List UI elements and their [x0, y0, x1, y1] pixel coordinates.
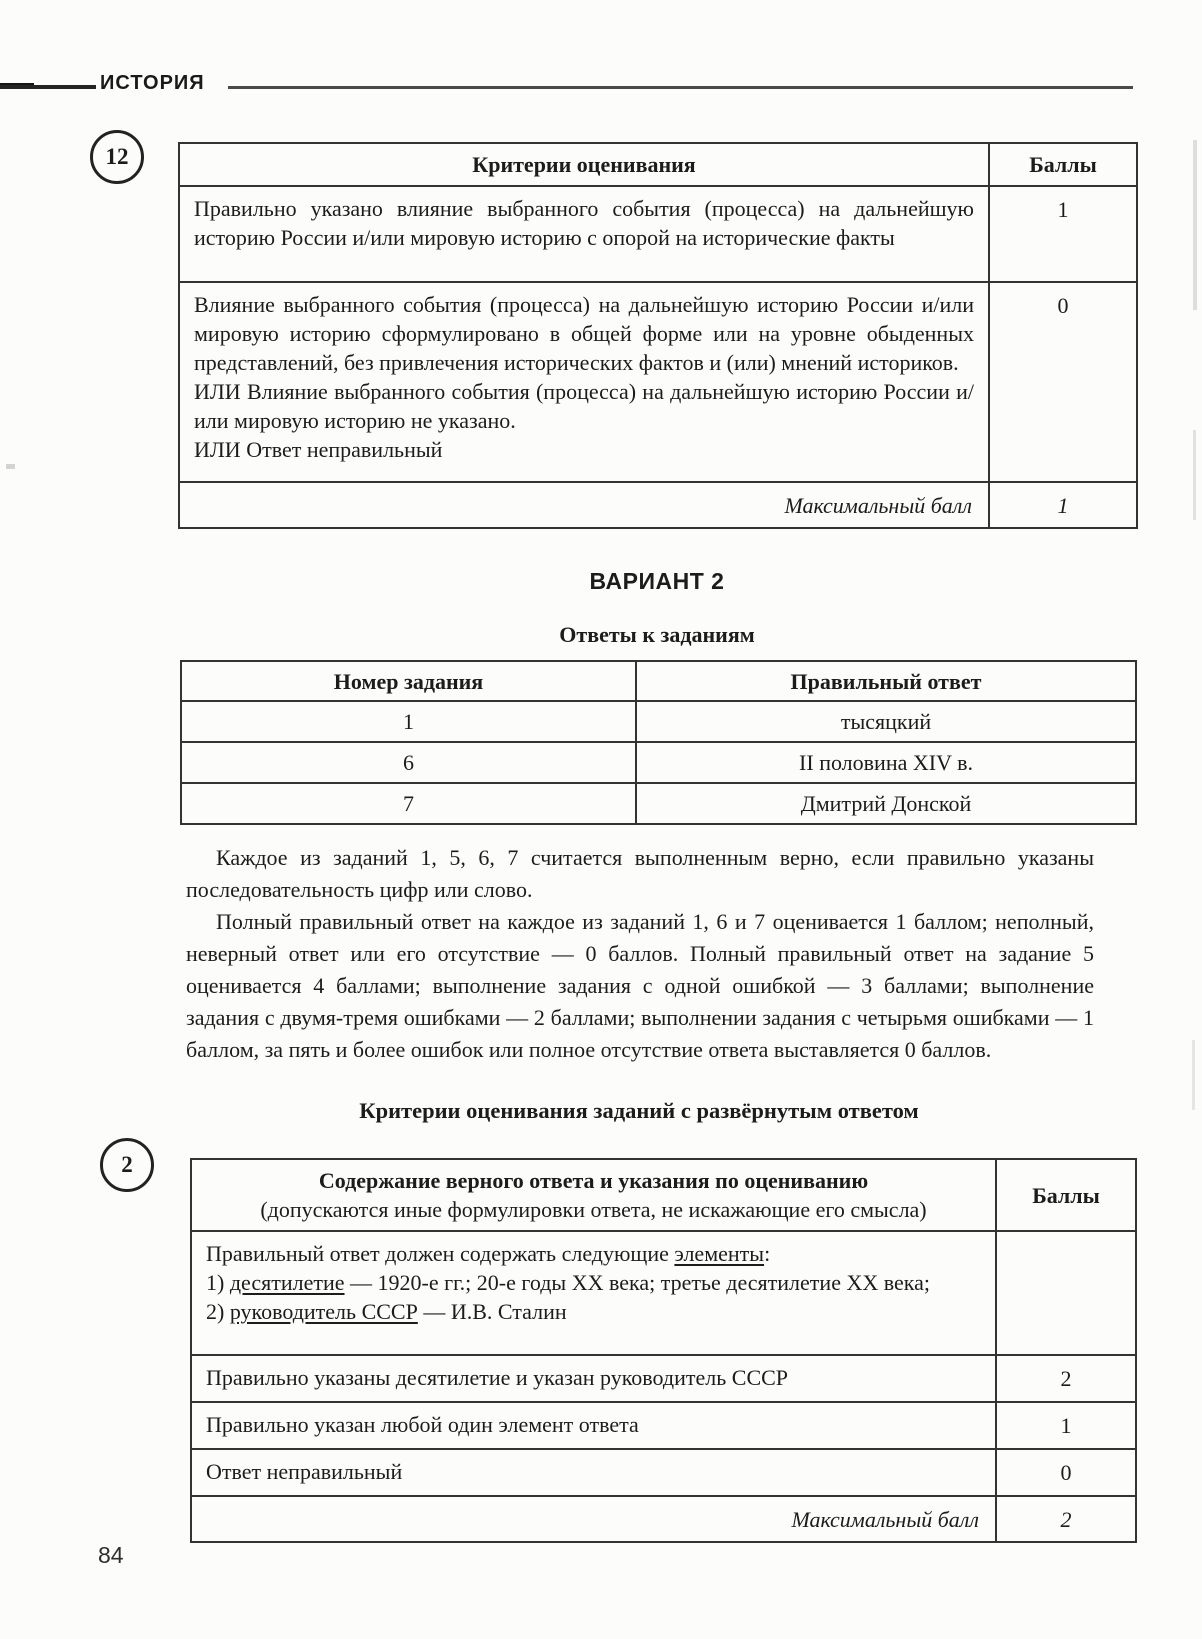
criteria-cell: Правильно указан любой один элемент отве…: [191, 1402, 996, 1449]
answer-cell: Дмитрий Донской: [636, 783, 1136, 824]
answer-item1-text: — 1920-е гг.; 20-е годы XX века; третье …: [345, 1270, 930, 1295]
score-cell: 1: [989, 186, 1137, 282]
criteria-column-header: Критерии оценивания: [179, 143, 989, 186]
table-row: Ответ неправильный 0: [191, 1449, 1136, 1496]
criteria-cell: Правильно указаны десятилетие и указан р…: [191, 1355, 996, 1402]
task-number-cell: 1: [181, 701, 636, 742]
answer-item2-text: — И.В. Сталин: [418, 1299, 567, 1324]
scan-artifact: [1193, 430, 1196, 520]
max-score-value: 2: [996, 1496, 1136, 1542]
answers-heading: Ответы к заданиям: [178, 622, 1136, 648]
criteria-table-task12: Критерии оценивания Баллы Правильно указ…: [178, 142, 1138, 529]
score-cell: 0: [989, 282, 1137, 482]
detailed-criteria-heading: Критерии оценивания заданий с развёрнуты…: [160, 1098, 1118, 1124]
content-column-header: Содержание верного ответа и указания по …: [191, 1159, 996, 1231]
table-row: 7 Дмитрий Донской: [181, 783, 1136, 824]
paragraph: Каждое из заданий 1, 5, 6, 7 считается в…: [186, 842, 1094, 906]
score-cell: 1: [996, 1402, 1136, 1449]
score-cell: 2: [996, 1355, 1136, 1402]
max-score-row: Максимальный балл 2: [191, 1496, 1136, 1542]
max-score-value: 1: [989, 482, 1137, 528]
score-column-header: Баллы: [989, 143, 1137, 186]
scan-artifact: [1193, 140, 1197, 310]
max-score-label: Максимальный балл: [191, 1496, 996, 1542]
table-row: 1 тысяцкий: [181, 701, 1136, 742]
answer-intro: Правильный ответ должен содержать следую…: [206, 1241, 674, 1266]
scan-artifact: [1192, 1040, 1195, 1110]
answer-column-header: Правильный ответ: [636, 661, 1136, 701]
answers-table: Номер задания Правильный ответ 1 тысяцки…: [180, 660, 1137, 825]
task-number-column-header: Номер задания: [181, 661, 636, 701]
table-row: Правильно указано влияние выбранного соб…: [179, 186, 1137, 282]
answer-item2-underlined: руководитель СССР: [230, 1299, 418, 1324]
content-header-line2: (допускаются иные формулировки ответа, н…: [260, 1197, 926, 1222]
header-rule-left: [0, 85, 96, 89]
score-column-header: Баллы: [996, 1159, 1136, 1231]
answer-cell: тысяцкий: [636, 701, 1136, 742]
answer-item2-number: 2): [206, 1299, 230, 1324]
task-number-badge-2: 2: [100, 1138, 154, 1192]
page-number: 84: [98, 1542, 124, 1569]
score-cell: 0: [996, 1449, 1136, 1496]
variant-heading: ВАРИАНТ 2: [178, 568, 1136, 595]
content-header-line1: Содержание верного ответа и указания по …: [319, 1168, 868, 1193]
scanned-book-page: ИСТОРИЯ 12 Критерии оценивания Баллы Пра…: [0, 0, 1202, 1639]
table-row: 6 II половина XIV в.: [181, 742, 1136, 783]
answer-item1-underlined: десятилетие: [230, 1270, 345, 1295]
task-number-badge-12: 12: [90, 130, 144, 184]
header-rule-right: [228, 86, 1133, 89]
task-number-label: 12: [106, 144, 129, 170]
max-score-label: Максимальный балл: [179, 482, 989, 528]
table-row: Правильно указаны десятилетие и указан р…: [191, 1355, 1136, 1402]
criteria-cell: Правильно указано влияние выбранного соб…: [179, 186, 989, 282]
running-head-title: ИСТОРИЯ: [100, 72, 205, 95]
table-row: Влияние выбранного события (процесса) на…: [179, 282, 1137, 482]
task-number-label: 2: [121, 1152, 133, 1178]
task-number-cell: 7: [181, 783, 636, 824]
table-header-row: Содержание верного ответа и указания по …: [191, 1159, 1136, 1231]
paragraph: Полный правильный ответ на каждое из зад…: [186, 906, 1094, 1066]
answer-content-row: Правильный ответ должен содержать следую…: [191, 1231, 1136, 1355]
table-header-row: Критерии оценивания Баллы: [179, 143, 1137, 186]
max-score-row: Максимальный балл 1: [179, 482, 1137, 528]
table-row: Правильно указан любой один элемент отве…: [191, 1402, 1136, 1449]
table-header-row: Номер задания Правильный ответ: [181, 661, 1136, 701]
criteria-cell: Влияние выбранного события (процесса) на…: [179, 282, 989, 482]
answer-content-cell: Правильный ответ должен содержать следую…: [191, 1231, 996, 1355]
answer-item1-number: 1): [206, 1270, 230, 1295]
answer-cell: II половина XIV в.: [636, 742, 1136, 783]
answer-intro-colon: :: [764, 1241, 770, 1266]
answer-intro-underlined: элементы: [674, 1241, 764, 1266]
score-cell-empty: [996, 1231, 1136, 1355]
scoring-explanation: Каждое из заданий 1, 5, 6, 7 считается в…: [186, 842, 1094, 1066]
criteria-table-task2: Содержание верного ответа и указания по …: [190, 1158, 1137, 1543]
criteria-cell: Ответ неправильный: [191, 1449, 996, 1496]
scan-artifact: [6, 464, 15, 469]
task-number-cell: 6: [181, 742, 636, 783]
